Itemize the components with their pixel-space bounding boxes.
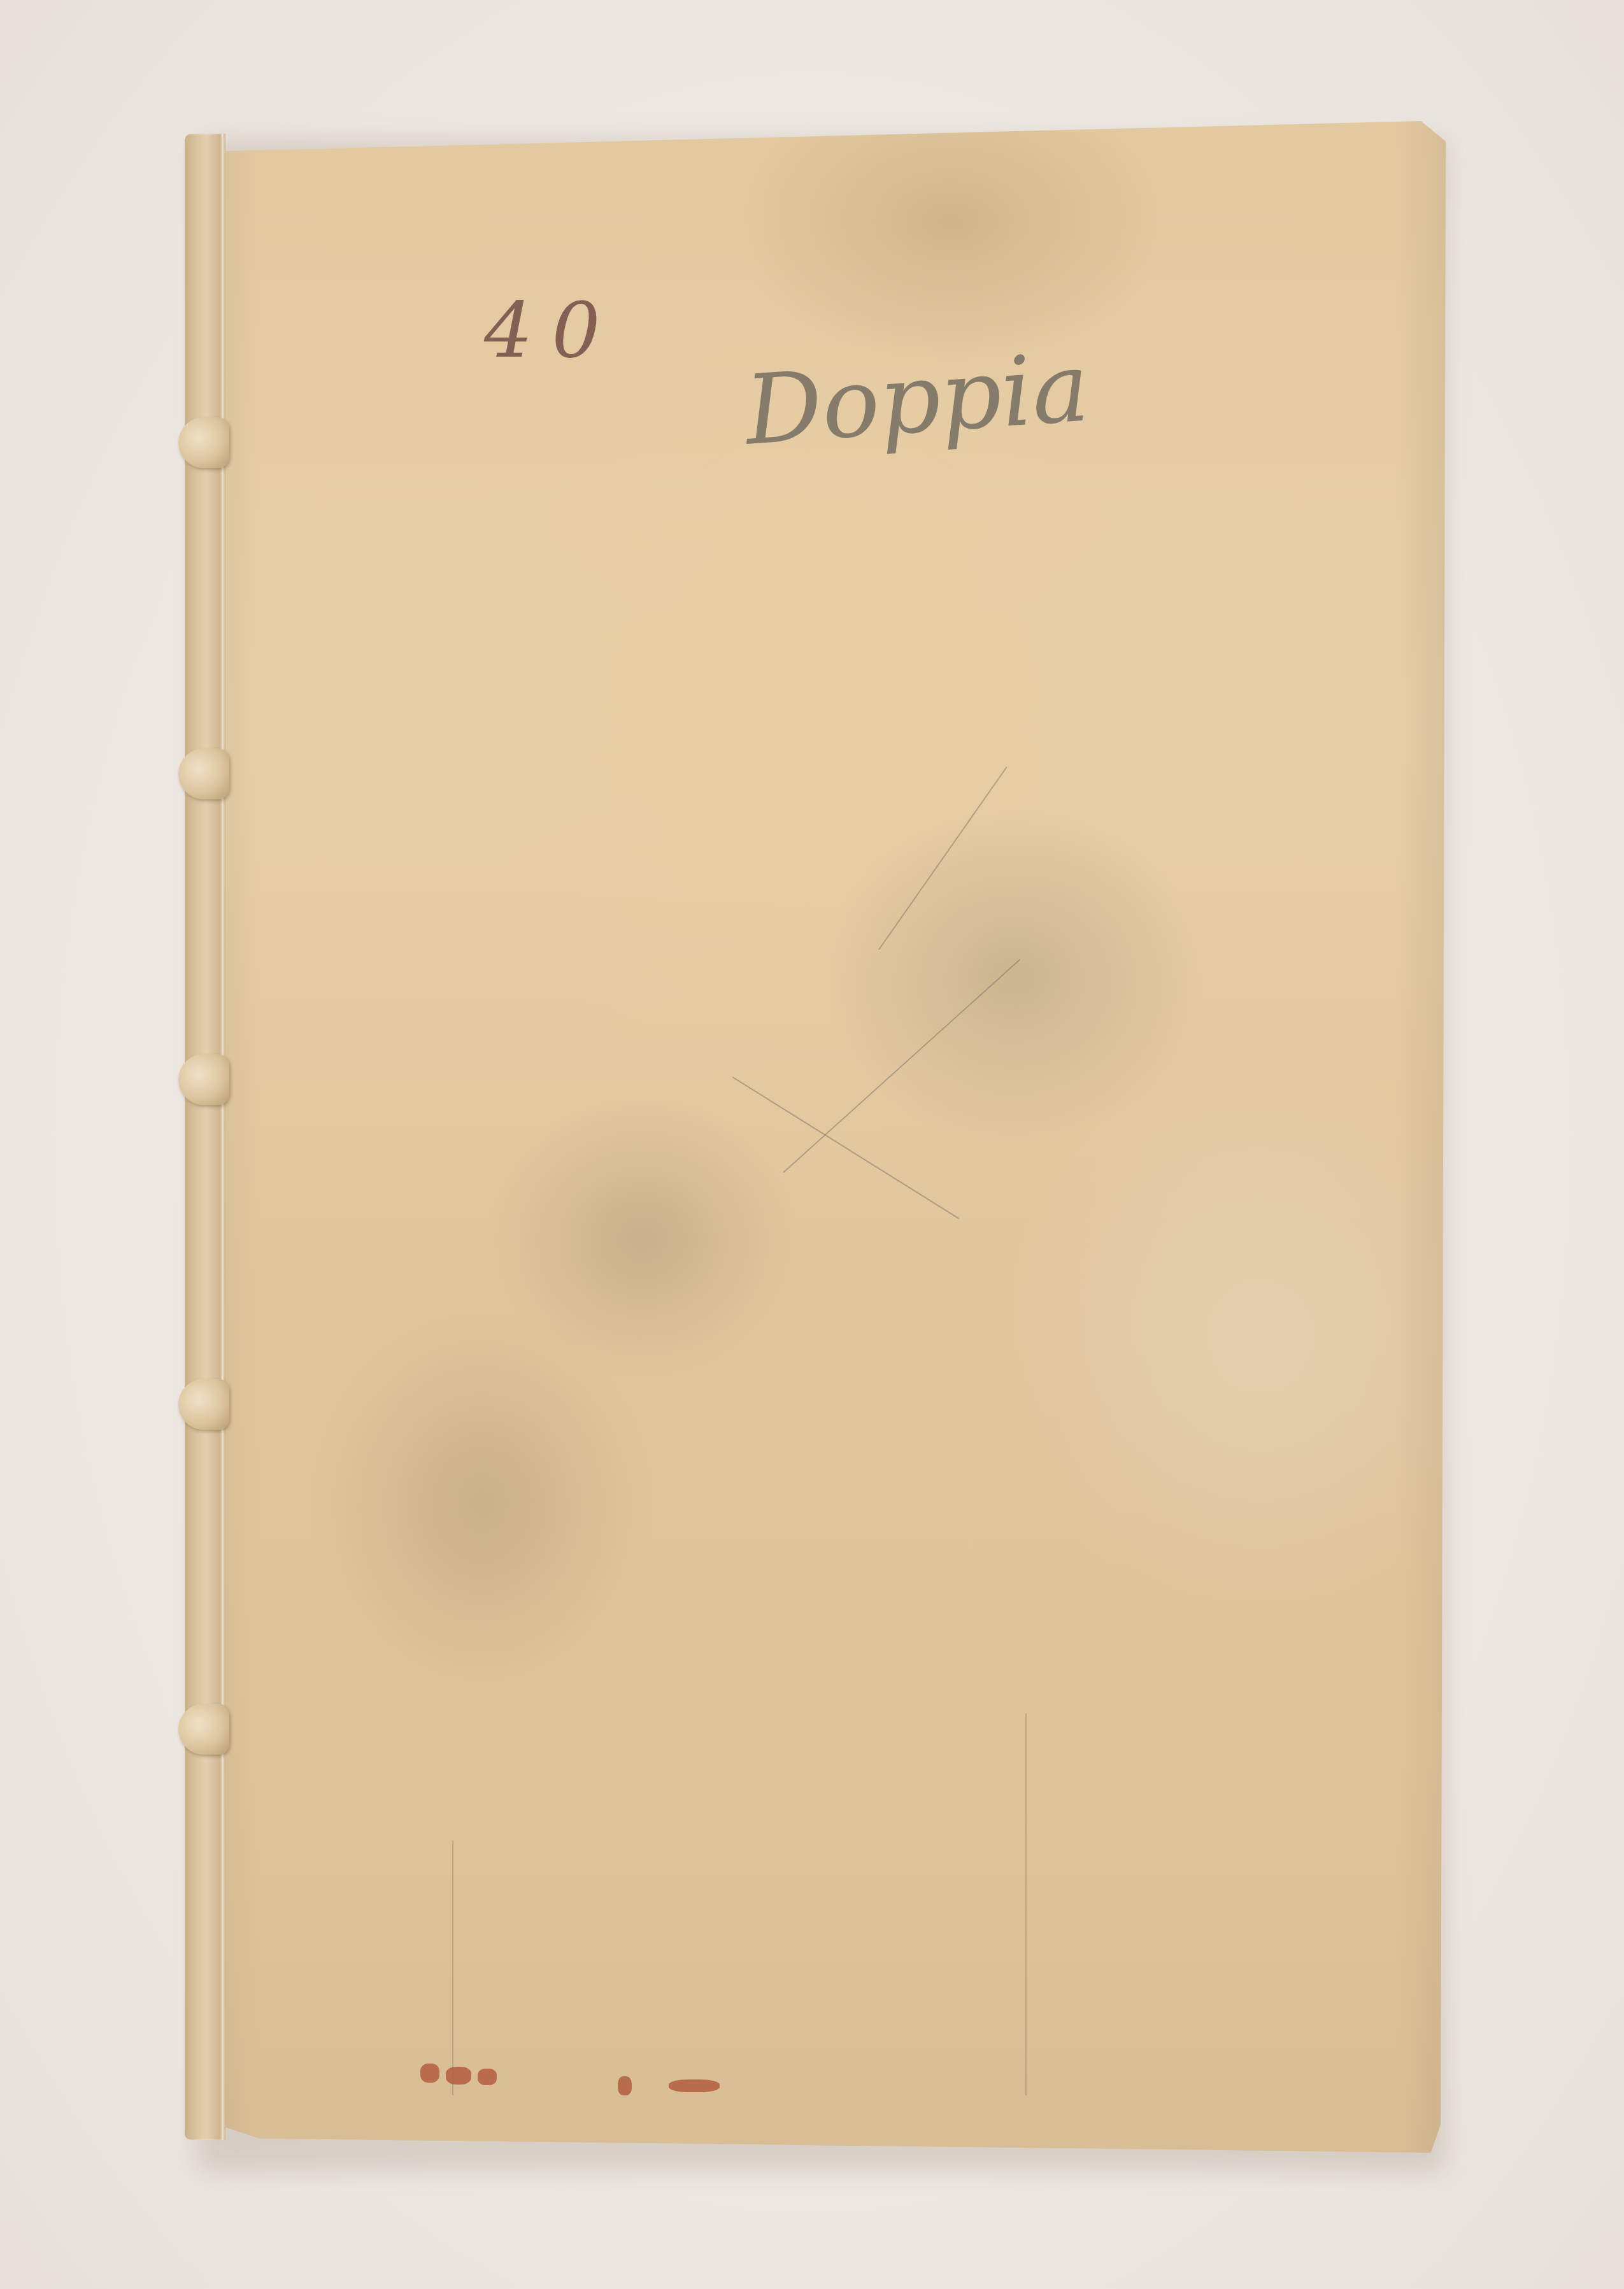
scratch-line bbox=[878, 767, 1007, 950]
book: 40 Doppia bbox=[185, 121, 1446, 2159]
stain-mark bbox=[618, 2076, 632, 2095]
stain-mark bbox=[446, 2067, 471, 2085]
scratch-line bbox=[783, 959, 1020, 1173]
spine-raised-band bbox=[178, 417, 229, 468]
inscription-number: 40 bbox=[484, 287, 620, 375]
crease bbox=[452, 1841, 453, 2095]
scratch-line bbox=[732, 1076, 959, 1219]
spine-raised-band bbox=[178, 1379, 229, 1430]
crease bbox=[1025, 1713, 1027, 2095]
stain-mark bbox=[478, 2069, 497, 2085]
stain-mark bbox=[669, 2079, 720, 2092]
spine-raised-band bbox=[178, 1054, 229, 1105]
spine-raised-band bbox=[178, 1704, 229, 1755]
stain-mark bbox=[420, 2064, 439, 2083]
spine-raised-band bbox=[178, 748, 229, 799]
